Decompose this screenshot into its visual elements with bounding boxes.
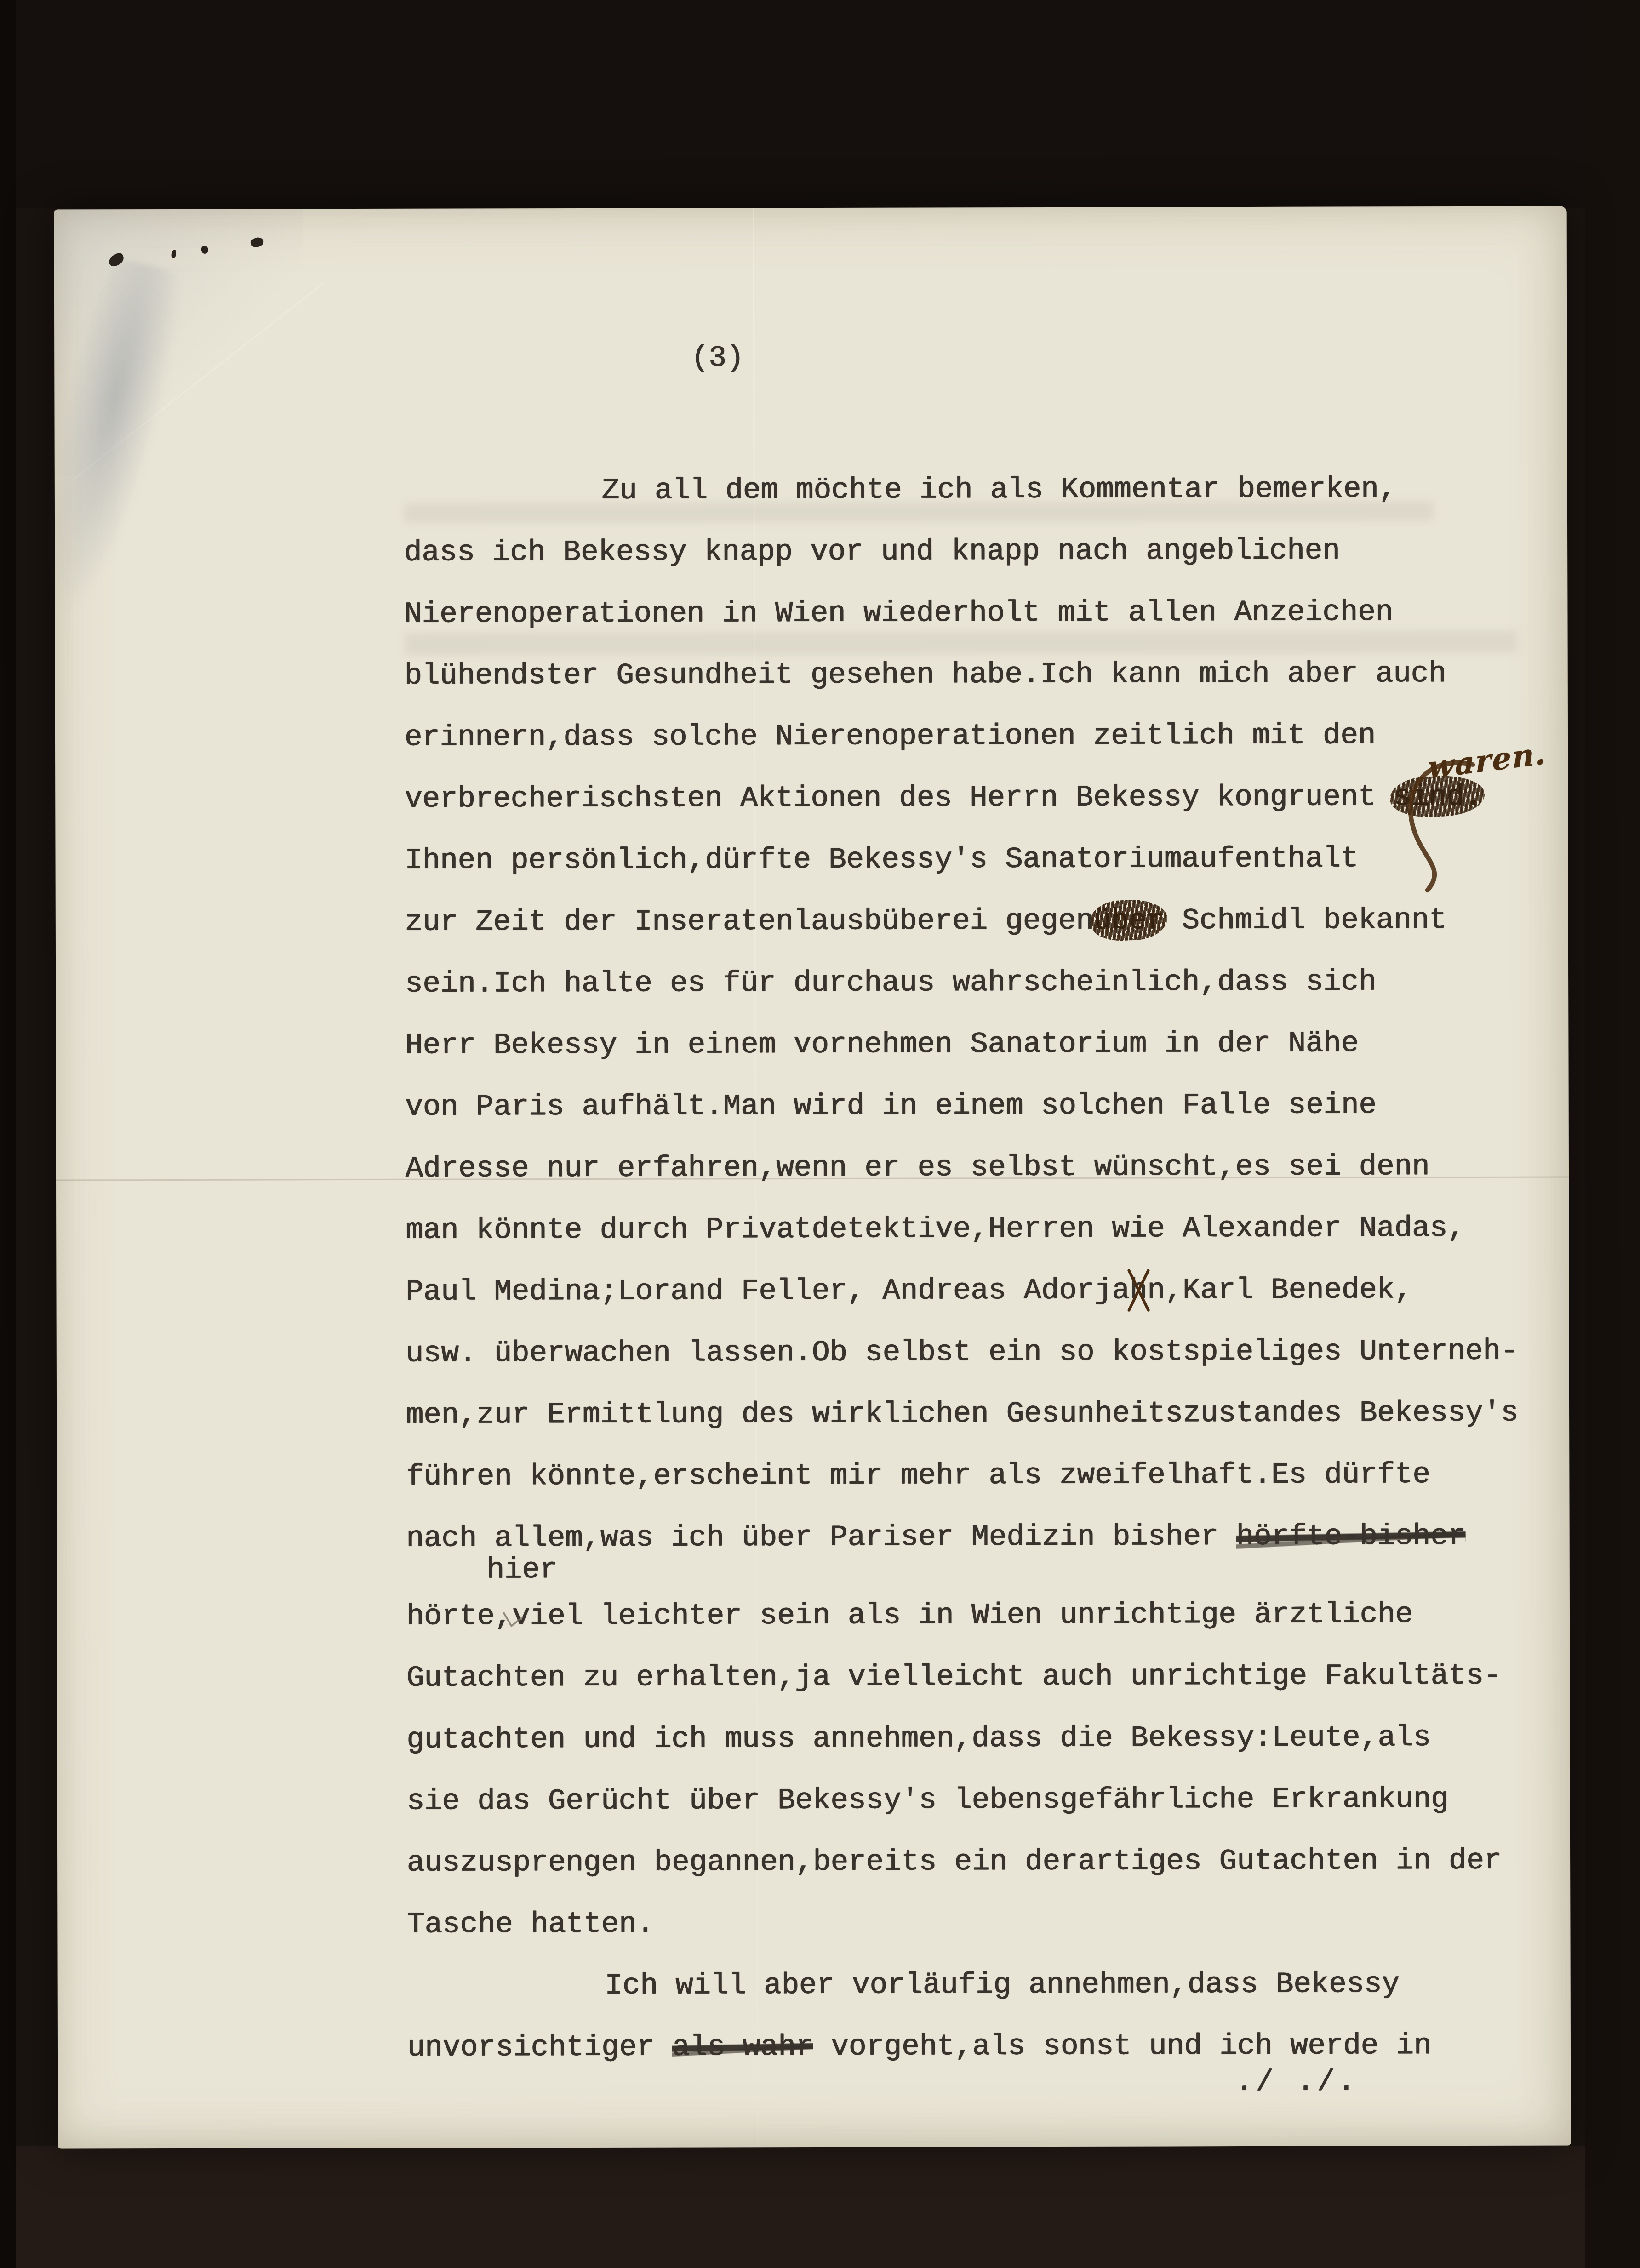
- typed-line: blühendster Gesundheit gesehen habe.Ich …: [405, 643, 1582, 707]
- background-bottom: [0, 2146, 1640, 2268]
- typed-line: usw. überwachen lassen.Ob selbst ein so …: [406, 1320, 1583, 1384]
- typed-line: hörte,viel leichter sein als in Wien unr…: [406, 1583, 1583, 1647]
- typed-line: Paul Medina;Lorand Feller, Andreas Adorj…: [406, 1259, 1583, 1323]
- background-top: [0, 0, 1640, 208]
- typed-line: Gutachten zu erhalten,ja vielleicht auch…: [406, 1645, 1583, 1709]
- typed-line: unvorsichtiger als wahr vorgeht,als sons…: [407, 2015, 1584, 2079]
- typed-line: führen könnte,erscheint mir mehr als zwe…: [406, 1444, 1583, 1508]
- typed-line: Herr Bekessy in einem vornehmen Sanatori…: [405, 1012, 1582, 1076]
- typed-line: Tasche hatten.: [407, 1891, 1584, 1955]
- page-number: (3): [691, 343, 744, 373]
- typed-insertion-hier: hier: [487, 1555, 558, 1585]
- continuation-mark: ./ ./.: [1235, 2068, 1358, 2098]
- letter-body: Zu all dem möchte ich als Kommentar beme…: [404, 458, 1584, 2079]
- strikethrough-text: hörfte-bisher: [1236, 1520, 1466, 1554]
- scanned-letter-page: (3) Zu all dem möchte ich als Kommentar …: [54, 206, 1571, 2149]
- background-left-edge: [0, 0, 16, 2268]
- typed-line: auszusprengen begannen,bereits ein derar…: [407, 1830, 1584, 1894]
- typed-line: sie das Gerücht über Bekessy's lebensgef…: [407, 1768, 1584, 1832]
- typed-line: Nierenoperationen in Wien wiederholt mit…: [404, 581, 1581, 645]
- typed-line: nach allem,was ich über Pariser Medizin …: [406, 1505, 1583, 1569]
- typed-line: men,zur Ermittlung des wirklichen Gesunh…: [406, 1382, 1583, 1446]
- typed-line: Adresse nur erfahren,wenn er es selbst w…: [406, 1136, 1583, 1200]
- background-right-edge: [1585, 0, 1640, 2268]
- ink-scribbled-word: über: [1094, 904, 1165, 937]
- ink-x-mark: h: [1130, 1274, 1148, 1307]
- typed-line: Zu all dem möchte ich als Kommentar beme…: [404, 458, 1581, 522]
- typed-line: sein.Ich halte es für durchaus wahrschei…: [405, 951, 1582, 1015]
- typed-line: man könnte durch Privatdetektive,Herren …: [406, 1197, 1583, 1261]
- typed-line: von Paris aufhält.Man wird in einem solc…: [406, 1074, 1583, 1138]
- typed-line: Ich will aber vorläufig annehmen,dass Be…: [407, 1953, 1584, 2017]
- typed-line: dass ich Bekessy knapp vor und knapp nac…: [404, 520, 1581, 583]
- typed-line: zur Zeit der Inseratenlausbüberei gegenü…: [405, 889, 1582, 953]
- typed-line: gutachten und ich muss annehmen,dass die…: [406, 1707, 1583, 1771]
- strikethrough-text: als wahr: [672, 2031, 813, 2064]
